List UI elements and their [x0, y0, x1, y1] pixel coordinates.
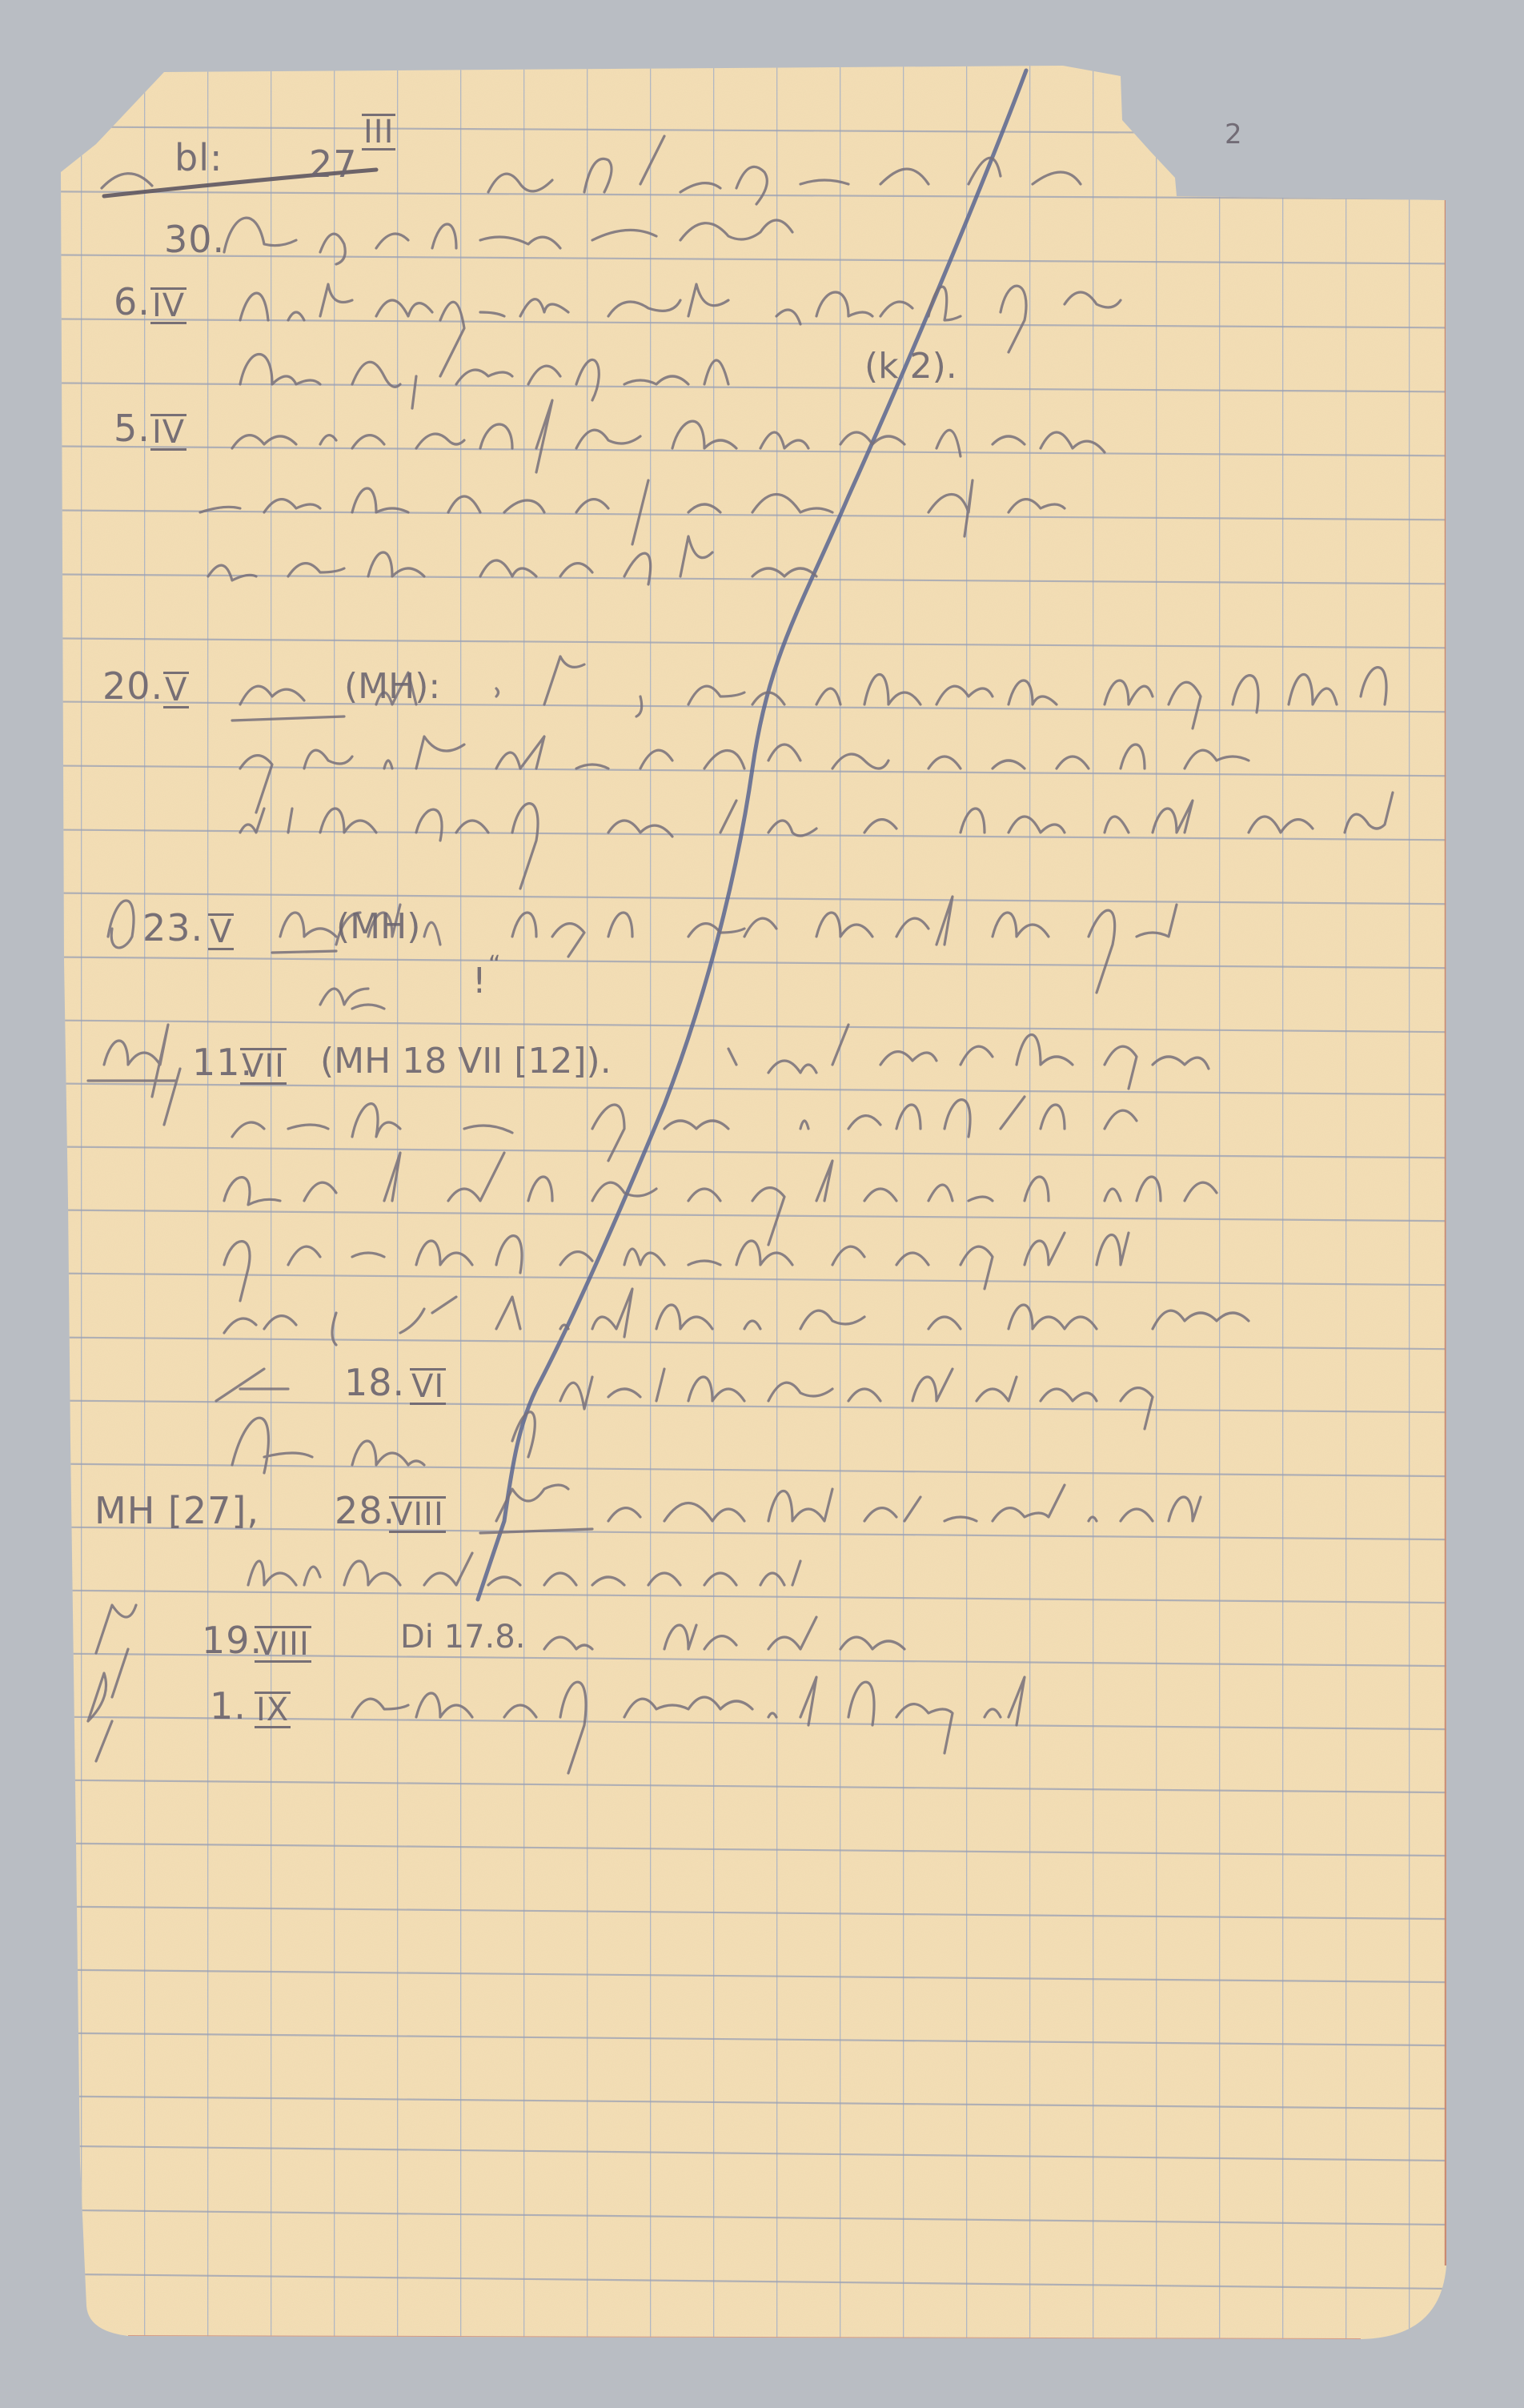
notebook-page-scan	[0, 0, 1524, 2408]
entry-month: IV	[150, 408, 186, 451]
entry-month: VI	[410, 1363, 446, 1406]
entry-month: IX	[255, 1686, 291, 1729]
entry-date: 5.	[114, 407, 150, 450]
paper-sheet	[0, 0, 1524, 2408]
entry-date: 18.	[344, 1361, 405, 1404]
entry-prefix: MH [27],	[94, 1489, 259, 1532]
entry-date: 23.	[142, 906, 203, 949]
entry-date: 28.	[335, 1489, 395, 1532]
entry-date: 19.	[202, 1619, 263, 1662]
entry-date: 1.	[210, 1684, 247, 1728]
entry-note: (k 2).	[864, 346, 957, 387]
entry-note: (MH 18 VII [12]).	[320, 1041, 612, 1082]
entry-date: 20.	[102, 664, 163, 708]
entry-date: 6.	[114, 280, 150, 323]
header-date: 27	[309, 142, 358, 186]
header-mark: bl:	[174, 136, 223, 179]
entry-note: (MH)	[336, 906, 420, 947]
entry-month: VIII	[389, 1491, 446, 1534]
entry-month: VIII	[255, 1620, 311, 1664]
entry-month: IV	[150, 282, 186, 325]
entry-note: Di 17.8.	[400, 1619, 525, 1655]
header-month: III	[362, 114, 395, 150]
entry-month: V	[208, 908, 234, 951]
entry-month: V	[163, 666, 189, 709]
entry-note: (MH):	[344, 666, 440, 707]
closing-quote: “	[488, 951, 501, 979]
entry-date: 30.	[164, 218, 225, 261]
header-superscript: 2	[1225, 118, 1243, 150]
exclamation-mark: !	[472, 961, 487, 1001]
entry-month: VII	[240, 1042, 287, 1086]
